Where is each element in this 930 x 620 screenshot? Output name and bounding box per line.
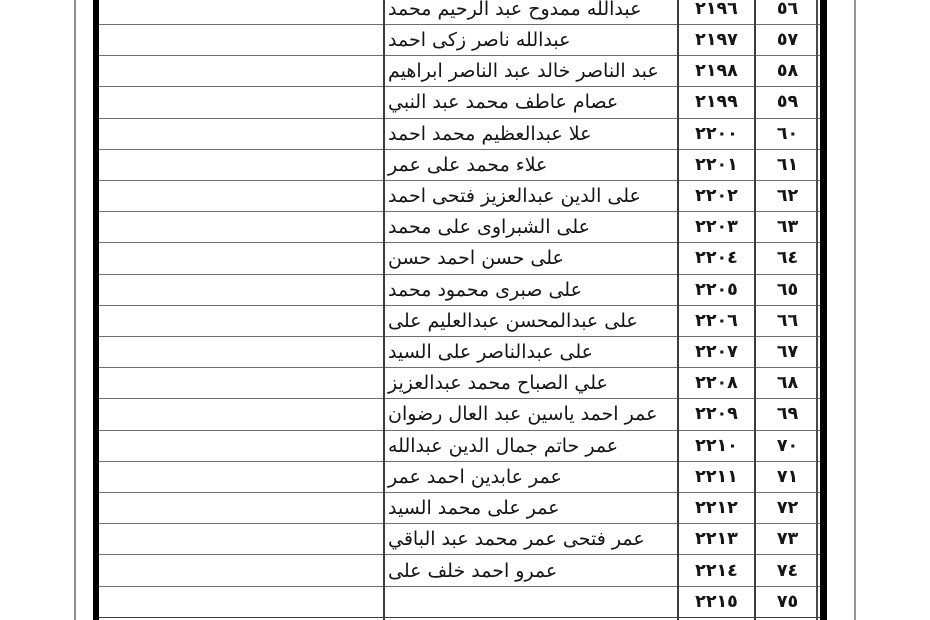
table-row: عمر عابدين احمد عمر ٢٢١١ ٧١ [99, 461, 820, 493]
table-row: عبدالله ناصر زكى احمد ٢١٩٧ ٥٧ [99, 24, 820, 56]
outer-left-margin-line [74, 0, 76, 620]
name-cell: على عبدالمحسن عبدالعليم على [384, 306, 678, 336]
separator-name-code [677, 0, 679, 620]
name-cell: على عبدالناصر على السيد [384, 337, 678, 367]
code-number-cell: ٢٢٠٥ [678, 275, 755, 305]
table-row: ٢٢١٥ ٧٥ [99, 586, 820, 618]
empty-cell [99, 337, 384, 367]
empty-cell [99, 493, 384, 523]
code-number-cell: ٢١٩٨ [678, 56, 755, 86]
serial-number-cell: ٦٨ [755, 368, 820, 398]
separator-code-serial [754, 0, 756, 620]
name-cell: علا عبدالعظيم محمد احمد [384, 119, 678, 149]
empty-cell [99, 181, 384, 211]
name-cell [384, 587, 678, 617]
code-number-cell: ٢٢٠٠ [678, 119, 755, 149]
serial-number-cell: ٦٠ [755, 119, 820, 149]
code-number-cell: ٢٢١٣ [678, 524, 755, 554]
serial-number-cell: ٧١ [755, 462, 820, 492]
code-number-cell: ٢٢٠١ [678, 150, 755, 180]
name-cell: عمر احمد ياسين عبد العال رضوان [384, 399, 678, 429]
name-cell: على الدين عبدالعزيز فتحى احمد [384, 181, 678, 211]
empty-cell [99, 87, 384, 117]
name-cell: عبدالله ممدوح عبد الرحيم محمد [384, 0, 678, 24]
empty-cell [99, 431, 384, 461]
table-row: عمر حاتم جمال الدين عبدالله ٢٢١٠ ٧٠ [99, 430, 820, 462]
empty-cell [99, 56, 384, 86]
code-number-cell: ٢١٩٩ [678, 87, 755, 117]
name-cell: علي الصباح محمد عبدالعزيز [384, 368, 678, 398]
serial-number-cell: ٦٧ [755, 337, 820, 367]
scanned-document-page: عبدالله ممدوح عبد الرحيم محمد ٢١٩٦ ٥٦ عب… [0, 0, 930, 620]
code-number-cell: ٢١٩٧ [678, 25, 755, 55]
table-row: على عبدالناصر على السيد ٢٢٠٧ ٦٧ [99, 336, 820, 368]
serial-number-cell: ٥٩ [755, 87, 820, 117]
empty-cell [99, 524, 384, 554]
table-row: عبدالله ممدوح عبد الرحيم محمد ٢١٩٦ ٥٦ [99, 0, 820, 25]
code-number-cell: ٢٢٠٧ [678, 337, 755, 367]
empty-cell [99, 399, 384, 429]
table-row: على صبرى محمود محمد ٢٢٠٥ ٦٥ [99, 274, 820, 306]
table-row: على عبدالمحسن عبدالعليم على ٢٢٠٦ ٦٦ [99, 305, 820, 337]
table-row: على حسن احمد حسن ٢٢٠٤ ٦٤ [99, 242, 820, 274]
table-row: علاء محمد على عمر ٢٢٠١ ٦١ [99, 149, 820, 181]
empty-cell [99, 119, 384, 149]
table-row: عمر فتحى عمر محمد عبد الباقي ٢٢١٣ ٧٣ [99, 523, 820, 555]
empty-cell [99, 0, 384, 24]
serial-number-cell: ٧٢ [755, 493, 820, 523]
table-right-heavy-border [820, 0, 827, 620]
table-row: عصام عاطف محمد عبد النبي ٢١٩٩ ٥٩ [99, 86, 820, 118]
empty-cell [99, 368, 384, 398]
name-cell: على حسن احمد حسن [384, 243, 678, 273]
name-cell: عبدالله ناصر زكى احمد [384, 25, 678, 55]
empty-cell [99, 150, 384, 180]
name-cell: علاء محمد على عمر [384, 150, 678, 180]
serial-column-right-line [816, 0, 818, 620]
serial-number-cell: ٧٥ [755, 587, 820, 617]
serial-number-cell: ٦٩ [755, 399, 820, 429]
serial-number-cell: ٦٣ [755, 212, 820, 242]
code-number-cell: ٢٢٠٨ [678, 368, 755, 398]
serial-number-cell: ٦١ [755, 150, 820, 180]
outer-right-margin-line [854, 0, 856, 620]
name-cell: عمر عابدين احمد عمر [384, 462, 678, 492]
name-cell: عبد الناصر خالد عبد الناصر ابراهيم [384, 56, 678, 86]
table-row: عمر احمد ياسين عبد العال رضوان ٢٢٠٩ ٦٩ [99, 398, 820, 430]
code-number-cell: ٢٢٠٩ [678, 399, 755, 429]
code-number-cell: ٢٢١٤ [678, 555, 755, 585]
empty-cell [99, 25, 384, 55]
name-cell: على صبرى محمود محمد [384, 275, 678, 305]
serial-number-cell: ٥٧ [755, 25, 820, 55]
table-row: عمرو احمد خلف على ٢٢١٤ ٧٤ [99, 554, 820, 586]
code-number-cell: ٢٢١٥ [678, 587, 755, 617]
serial-number-cell: ٧٤ [755, 555, 820, 585]
name-cell: عصام عاطف محمد عبد النبي [384, 87, 678, 117]
code-number-cell: ٢١٩٦ [678, 0, 755, 24]
serial-number-cell: ٥٨ [755, 56, 820, 86]
table-row: على الشبراوى على محمد ٢٢٠٣ ٦٣ [99, 211, 820, 243]
code-number-cell: ٢٢٠٢ [678, 181, 755, 211]
code-number-cell: ٢٢١١ [678, 462, 755, 492]
code-number-cell: ٢٢٠٦ [678, 306, 755, 336]
code-number-cell: ٢٢٠٤ [678, 243, 755, 273]
serial-number-cell: ٦٤ [755, 243, 820, 273]
name-cell: عمر على محمد السيد [384, 493, 678, 523]
name-cell: عمرو احمد خلف على [384, 555, 678, 585]
table-left-heavy-border [93, 0, 99, 620]
empty-cell [99, 275, 384, 305]
serial-number-cell: ٥٦ [755, 0, 820, 24]
separator-empty-name [383, 0, 385, 620]
empty-cell [99, 212, 384, 242]
serial-number-cell: ٧٣ [755, 524, 820, 554]
table-row: علا عبدالعظيم محمد احمد ٢٢٠٠ ٦٠ [99, 118, 820, 150]
name-cell: عمر فتحى عمر محمد عبد الباقي [384, 524, 678, 554]
empty-cell [99, 587, 384, 617]
table-row: على الدين عبدالعزيز فتحى احمد ٢٢٠٢ ٦٢ [99, 180, 820, 212]
empty-cell [99, 306, 384, 336]
roster-table: عبدالله ممدوح عبد الرحيم محمد ٢١٩٦ ٥٦ عب… [99, 0, 820, 618]
name-cell: على الشبراوى على محمد [384, 212, 678, 242]
empty-cell [99, 243, 384, 273]
serial-number-cell: ٦٦ [755, 306, 820, 336]
code-number-cell: ٢٢١٠ [678, 431, 755, 461]
empty-cell [99, 462, 384, 492]
empty-cell [99, 555, 384, 585]
table-row: عمر على محمد السيد ٢٢١٢ ٧٢ [99, 492, 820, 524]
serial-number-cell: ٧٠ [755, 431, 820, 461]
table-row: علي الصباح محمد عبدالعزيز ٢٢٠٨ ٦٨ [99, 367, 820, 399]
serial-number-cell: ٦٥ [755, 275, 820, 305]
code-number-cell: ٢٢١٢ [678, 493, 755, 523]
serial-number-cell: ٦٢ [755, 181, 820, 211]
code-number-cell: ٢٢٠٣ [678, 212, 755, 242]
name-cell: عمر حاتم جمال الدين عبدالله [384, 431, 678, 461]
table-row: عبد الناصر خالد عبد الناصر ابراهيم ٢١٩٨ … [99, 55, 820, 87]
